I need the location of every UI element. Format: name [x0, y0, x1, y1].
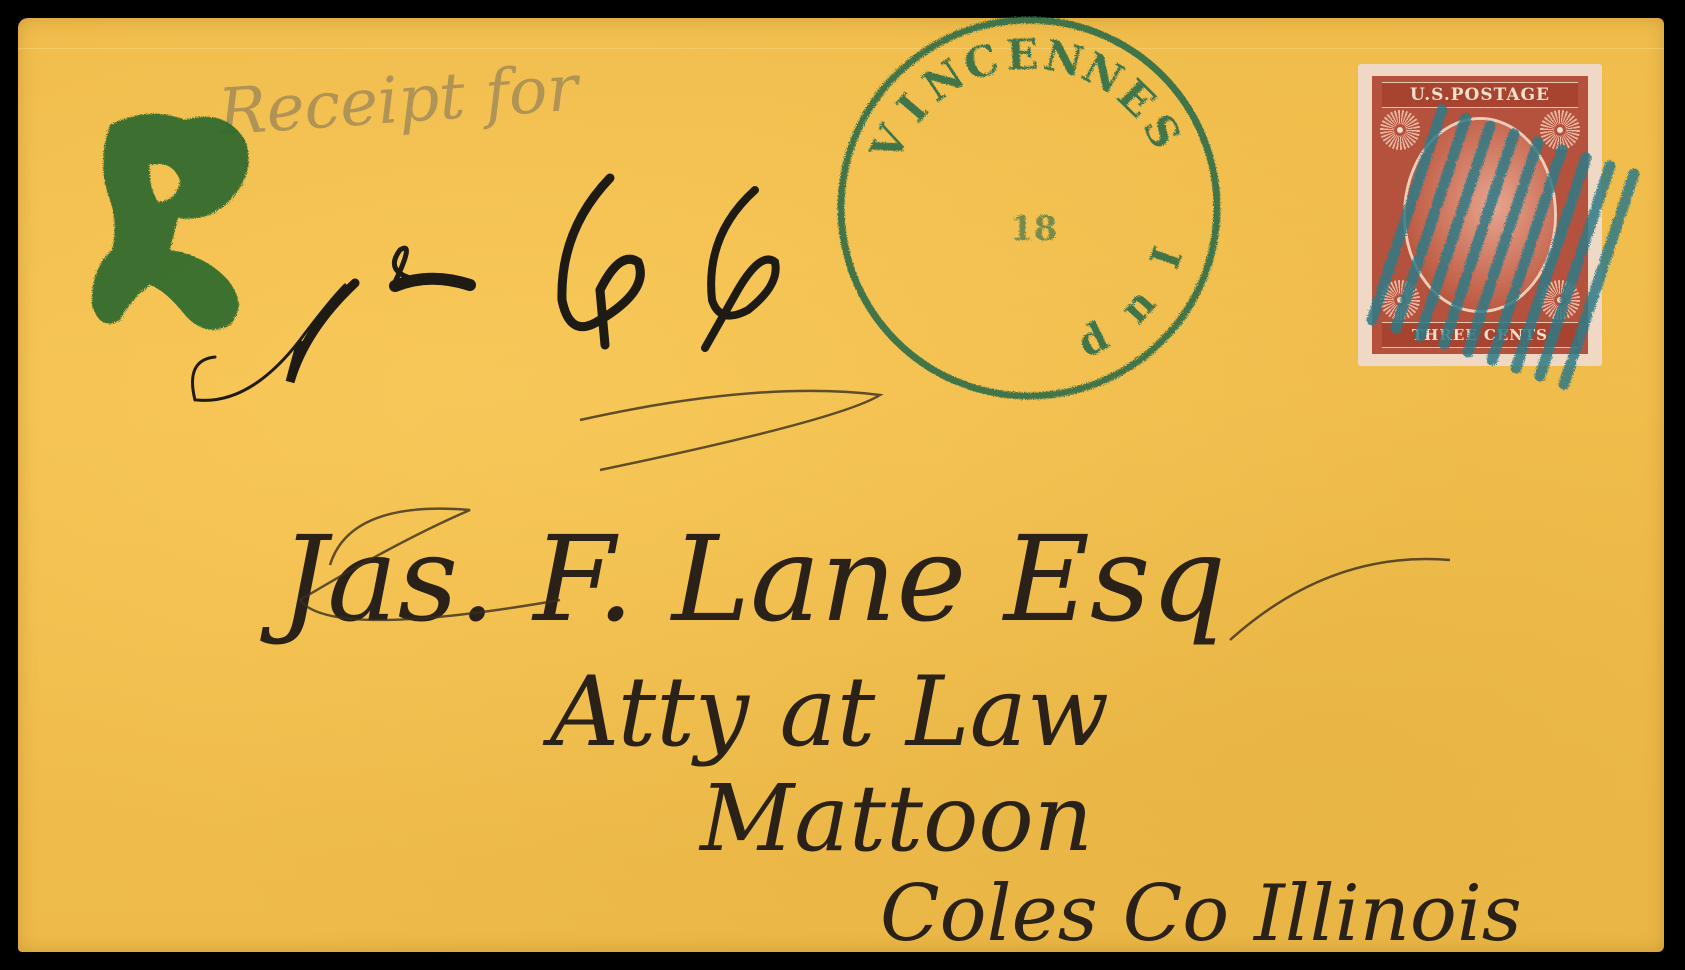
- grid-cancel: [1372, 110, 1634, 384]
- svg-text:Coles Co Illinois: Coles Co Illinois: [880, 869, 1522, 959]
- registry-r-marking: [92, 114, 249, 330]
- svg-text:I: I: [1141, 241, 1192, 275]
- svg-text:18: 18: [1010, 209, 1057, 249]
- svg-text:Jas. F. Lane Esq: Jas. F. Lane Esq: [260, 510, 1226, 648]
- svg-text:Mattoon: Mattoon: [698, 765, 1093, 872]
- svg-text:Atty at Law: Atty at Law: [542, 656, 1109, 768]
- postmark-circle: 18 VINCENNESInd: [841, 20, 1217, 396]
- address-handwriting: Jas. F. Lane Esq Atty at Law Mattoon Col…: [260, 510, 1522, 959]
- ink-overlay: 18 VINCENNESInd Jas. F. Lane Esq Atty at…: [0, 0, 1685, 970]
- registry-number: [193, 178, 776, 400]
- svg-text:d: d: [1070, 312, 1116, 367]
- svg-text:V: V: [860, 117, 919, 169]
- svg-text:n: n: [1111, 279, 1165, 332]
- svg-text:E: E: [1005, 29, 1039, 79]
